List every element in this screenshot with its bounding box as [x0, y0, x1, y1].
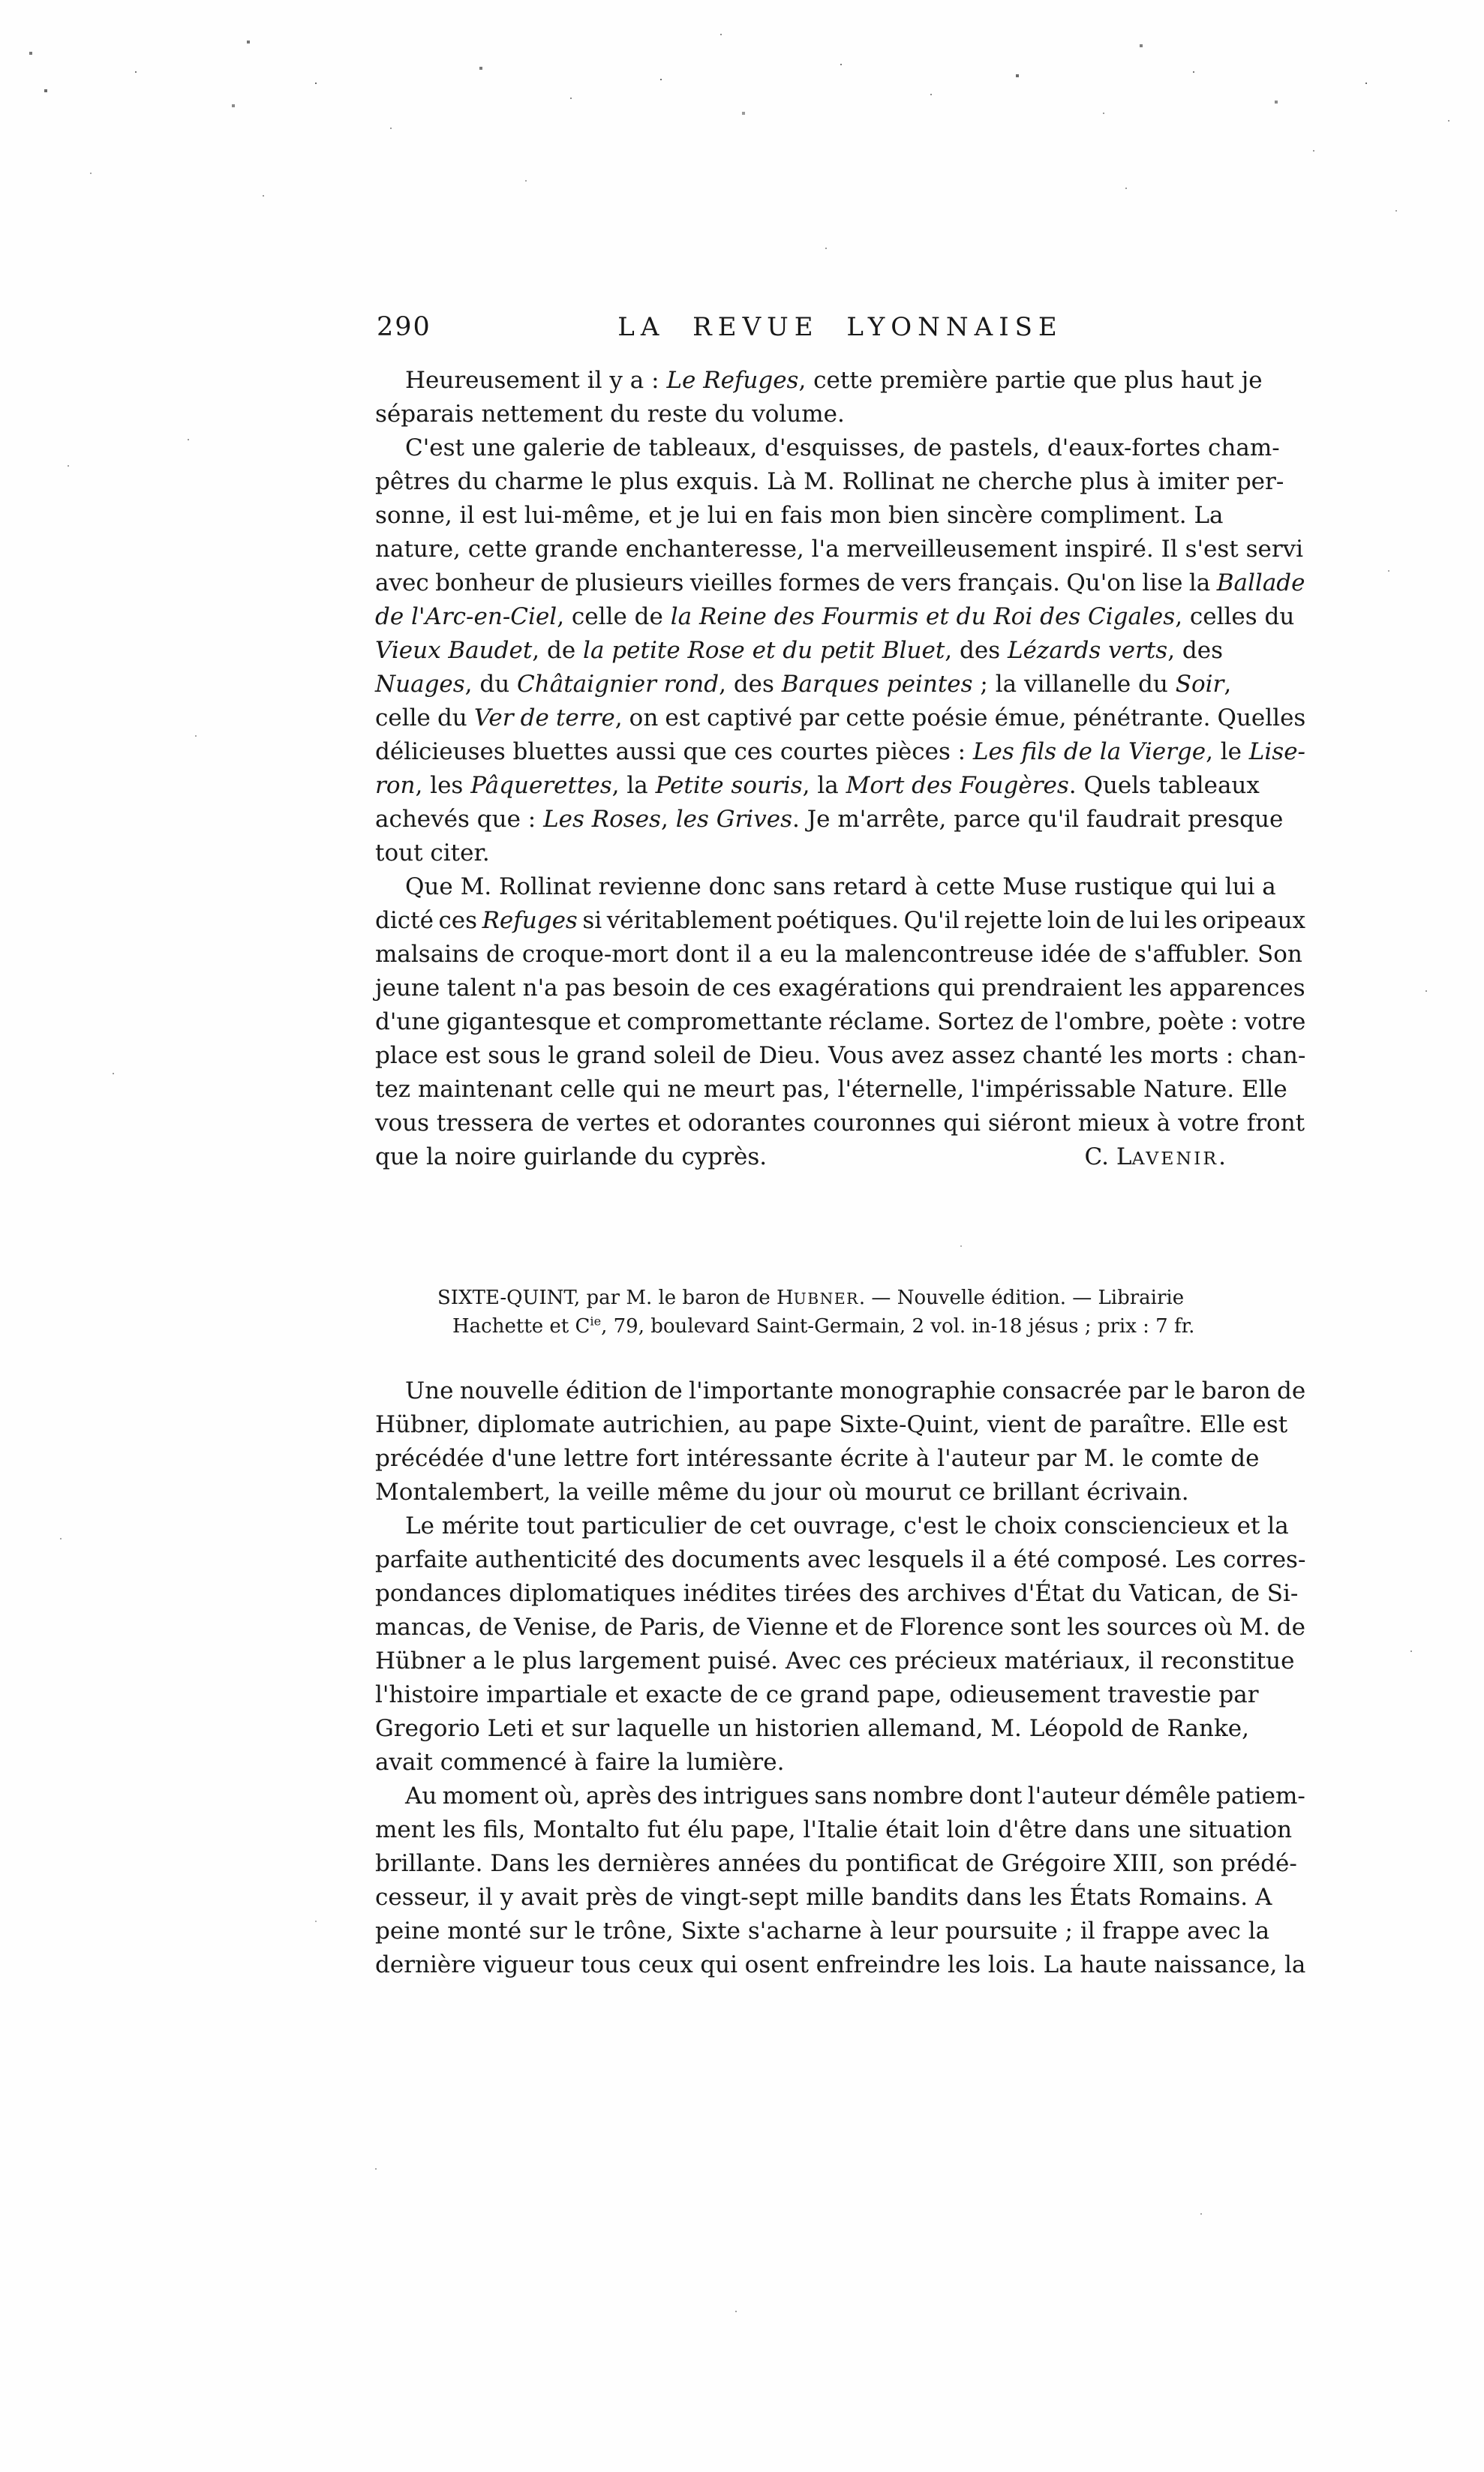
page-number: 290: [377, 312, 431, 342]
signature-smallcaps: AVENIR: [1131, 1148, 1218, 1169]
text-line: Hübner a le plus largement puisé. Avec c…: [375, 1644, 1305, 1678]
text-line: vous tressera de vertes et odorantes cou…: [375, 1107, 1305, 1140]
text-line: Le mérite tout particulier de cet ouvrag…: [375, 1509, 1305, 1543]
text-line: dernière vigueur tous ceux qui osent enf…: [375, 1948, 1305, 1982]
text-line: achevés que : Les Roses, les Grives. Je …: [375, 803, 1305, 837]
text-line: Gregorio Leti et sur laquelle un histori…: [375, 1712, 1305, 1746]
journal-title: LA REVUE LYONNAISE: [617, 312, 1063, 342]
text-line: avait commencé à faire la lumière.: [375, 1746, 1305, 1780]
text-line: avec bonheur de plusieurs vieilles forme…: [375, 566, 1305, 600]
text-line: tez maintenant celle qui ne meurt pas, l…: [375, 1073, 1305, 1107]
running-header: 290 LA REVUE LYONNAISE: [375, 312, 1305, 347]
scan-noise: [0, 0, 2, 2]
citation-line: Hachette et Cie, 79, boulevard Saint-Ger…: [437, 1313, 1263, 1341]
signature-period: .: [1218, 1143, 1226, 1170]
text-line: brillante. Dans les dernières années du …: [375, 1847, 1305, 1881]
text-line: l'histoire impartiale et exacte de ce gr…: [375, 1678, 1305, 1712]
text-line: Au moment où, après des intrigues sans n…: [375, 1780, 1305, 1813]
citation-text: Hachette et C: [452, 1315, 590, 1338]
text-line: pondances diplomatiques inédites tirées …: [375, 1577, 1305, 1611]
citation-superscript: ie: [590, 1314, 601, 1328]
text-line: jeune talent n'a pas besoin de ces exagé…: [375, 972, 1305, 1005]
text-line: celle du Ver de terre, on est captivé pa…: [375, 701, 1305, 735]
text-line: tout citer.: [375, 837, 1305, 870]
text-line: Heureusement il y a : Le Refuges, cette …: [375, 364, 1305, 398]
text-line: nature, cette grande enchanteresse, l'a …: [375, 533, 1305, 566]
text-line: Nuages, du Châtaignier rond, des Barques…: [375, 668, 1305, 701]
text-line: place est sous le grand soleil de Dieu. …: [375, 1039, 1305, 1073]
citation-text: . — Nouvelle édition. — Librairie: [859, 1287, 1184, 1309]
text-line: malsains de croque-mort dont il a eu la …: [375, 938, 1305, 972]
text-line: Que M. Rollinat revienne donc sans retar…: [375, 870, 1305, 904]
text-line: Montalembert, la veille même du jour où …: [375, 1476, 1305, 1509]
citation-smallcaps: UBNER: [794, 1290, 859, 1308]
text-line: parfaite authenticité des documents avec…: [375, 1543, 1305, 1577]
text-line: cesseur, il y avait près de vingt-sept m…: [375, 1881, 1305, 1915]
book-citation: SIXTE-QUINT, par M. le baron de HUBNER. …: [437, 1284, 1263, 1341]
text-line: d'une gigantesque et compromettante récl…: [375, 1005, 1305, 1039]
text-line: peine monté sur le trône, Sixte s'acharn…: [375, 1915, 1305, 1948]
article-sixte-quint-review: Une nouvelle édition de l'importante mon…: [375, 1374, 1305, 1982]
text-line: Une nouvelle édition de l'importante mon…: [375, 1374, 1305, 1408]
text-line: de l'Arc-en-Ciel, celle de la Reine des …: [375, 600, 1305, 634]
citation-text: , 79, boulevard Saint-Germain, 2 vol. in…: [601, 1315, 1194, 1338]
text-line: Vieux Baudet, de la petite Rose et du pe…: [375, 634, 1305, 668]
text-line: dicté ces Refuges si véritablement poéti…: [375, 904, 1305, 938]
paragraph-closing-text: que la noire guirlande du cyprès.: [375, 1140, 767, 1176]
citation-line: SIXTE-QUINT, par M. le baron de HUBNER. …: [437, 1284, 1263, 1313]
text-line: mancas, de Venise, de Paris, de Vienne e…: [375, 1611, 1305, 1644]
citation-text: SIXTE-QUINT, par M. le baron de H: [437, 1287, 794, 1309]
text-line: que la noire guirlande du cyprès. C. LAV…: [375, 1140, 1305, 1176]
text-line: pêtres du charme le plus exquis. Là M. R…: [375, 465, 1305, 499]
signature-lead: C. L: [1085, 1143, 1132, 1170]
text-line: précédée d'une lettre fort intéressante …: [375, 1442, 1305, 1476]
text-line: ment les fils, Montalto fut élu pape, l'…: [375, 1813, 1305, 1847]
text-line: délicieuses bluettes aussi que ces court…: [375, 735, 1305, 769]
article-rollinat-review: Heureusement il y a : Le Refuges, cette …: [375, 364, 1305, 1176]
text-line: ron, les Pâquerettes, la Petite souris, …: [375, 769, 1305, 803]
text-line: C'est une galerie de tableaux, d'esquiss…: [375, 431, 1305, 465]
scanned-page: 290 LA REVUE LYONNAISE Heureusement il y…: [0, 0, 1484, 2472]
author-signature: C. LAVENIR.: [1085, 1140, 1226, 1176]
text-line: séparais nettement du reste du volume.: [375, 398, 1305, 431]
text-line: sonne, il est lui-même, et je lui en fai…: [375, 499, 1305, 533]
text-line: Hübner, diplomate autrichien, au pape Si…: [375, 1408, 1305, 1442]
